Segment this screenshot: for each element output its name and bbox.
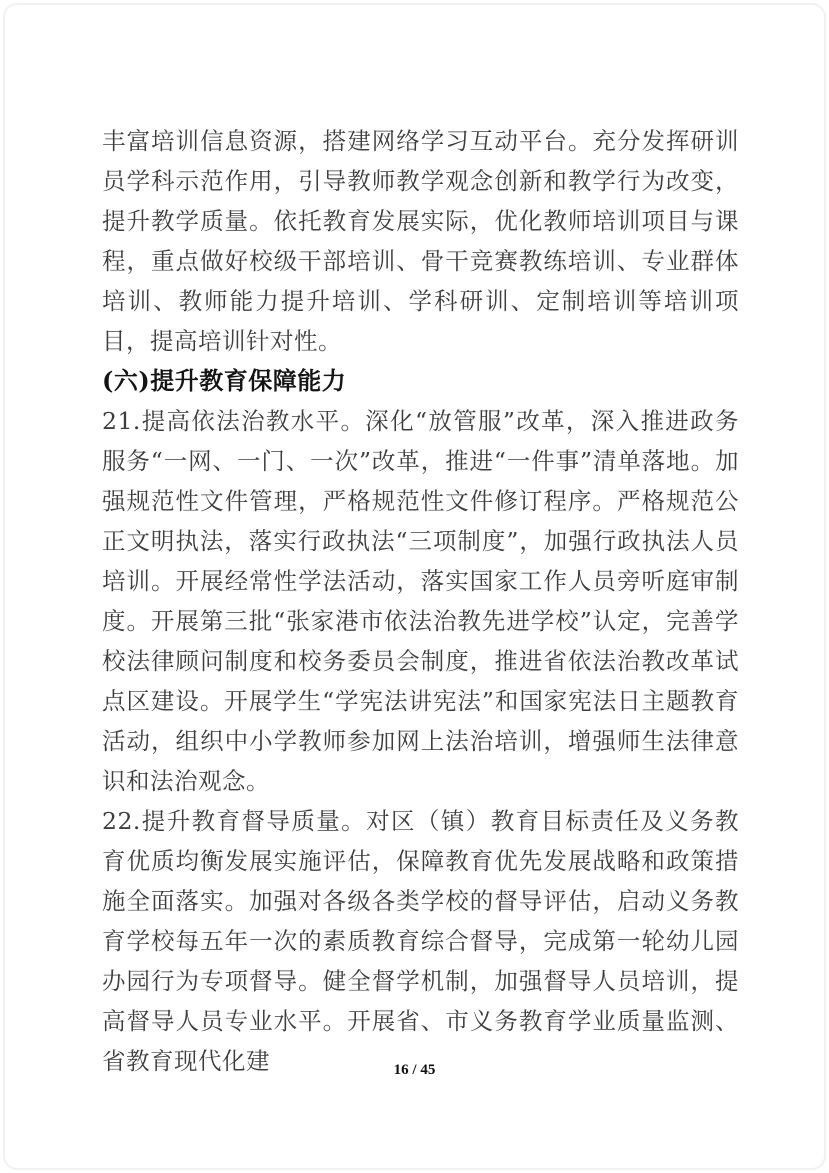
document-page: 丰富培训信息资源，搭建网络学习互动平台。充分发挥研训员学科示范作用，引导教师教学… <box>0 0 829 1173</box>
page-content: 丰富培训信息资源，搭建网络学习互动平台。充分发挥研训员学科示范作用，引导教师教学… <box>102 121 739 1081</box>
section-heading: (六)提升教育保障能力 <box>102 361 739 401</box>
paragraph-item-21: 21.提高依法治教水平。深化“放管服”改革，深入推进政务服务“一网、一门、一次”… <box>102 401 739 801</box>
paragraph-continued: 丰富培训信息资源，搭建网络学习互动平台。充分发挥研训员学科示范作用，引导教师教学… <box>102 121 739 361</box>
paragraph-item-22: 22.提升教育督导质量。对区（镇）教育目标责任及义务教育优质均衡发展实施评估，保… <box>102 801 739 1081</box>
page-number: 16 / 45 <box>0 1062 829 1079</box>
